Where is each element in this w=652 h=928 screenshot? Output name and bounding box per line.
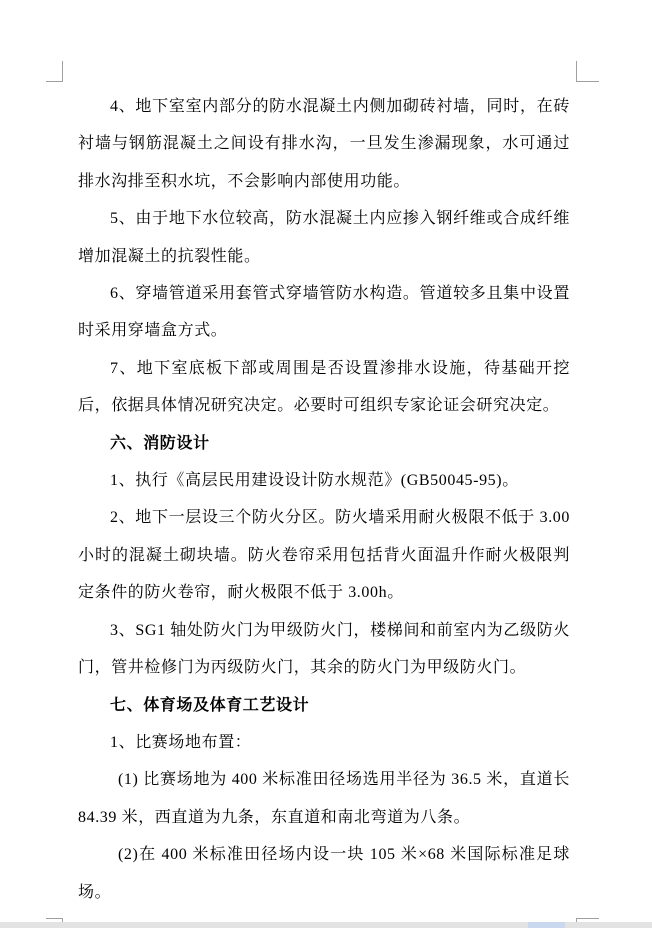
- paragraph-field-layout: 1、比赛场地布置：: [78, 724, 570, 761]
- paragraph-fire-doors: 3、SG1 轴处防火门为甲级防火门，楼梯间和前室内为乙级防火门，管井检修门为丙级…: [78, 612, 570, 687]
- section-heading-stadium-design: 七、体育场及体育工艺设计: [78, 687, 570, 724]
- margin-corner-mark-top-left: [46, 61, 63, 82]
- paragraph-drainage-decision: 7、地下室底板下部或周围是否设置渗排水设施，待基础开挖后，依据具体情况研究决定。…: [78, 350, 570, 425]
- paragraph-fiber-reinforcement: 5、由于地下水位较高，防水混凝土内应掺入钢纤维或合成纤维增加混凝土的抗裂性能。: [78, 200, 570, 275]
- document-page: 4、地下室室内部分的防水混凝土内侧加砌砖衬墙，同时，在砖衬墙与钢筋混凝土之间设有…: [0, 0, 652, 922]
- paragraph-wall-pipe-waterproofing: 6、穿墙管道采用套管式穿墙管防水构造。管道较多且集中设置时采用穿墙盒方式。: [78, 275, 570, 350]
- horizontal-scrollbar[interactable]: [0, 922, 652, 928]
- paragraph-track-spec: (1) 比赛场地为 400 米标准田径场选用半径为 36.5 米，直道长 84.…: [78, 761, 570, 836]
- paragraph-fire-zones: 2、地下一层设三个防火分区。防火墙采用耐火极限不低于 3.00 小时的混凝土砌块…: [78, 499, 570, 611]
- document-body[interactable]: 4、地下室室内部分的防水混凝土内侧加砌砖衬墙，同时，在砖衬墙与钢筋混凝土之间设有…: [78, 88, 570, 911]
- paragraph-fire-code: 1、执行《高层民用建设设计防水规范》(GB50045-95)。: [78, 462, 570, 499]
- scrollbar-thumb[interactable]: [528, 922, 565, 928]
- paragraph-basement-brick-lining: 4、地下室室内部分的防水混凝土内侧加砌砖衬墙，同时，在砖衬墙与钢筋混凝土之间设有…: [78, 88, 570, 200]
- margin-corner-mark-top-right: [576, 61, 599, 82]
- paragraph-football-field: (2)在 400 米标准田径场内设一块 105 米×68 米国际标准足球场。: [78, 836, 570, 911]
- section-heading-fire-protection: 六、消防设计: [78, 425, 570, 462]
